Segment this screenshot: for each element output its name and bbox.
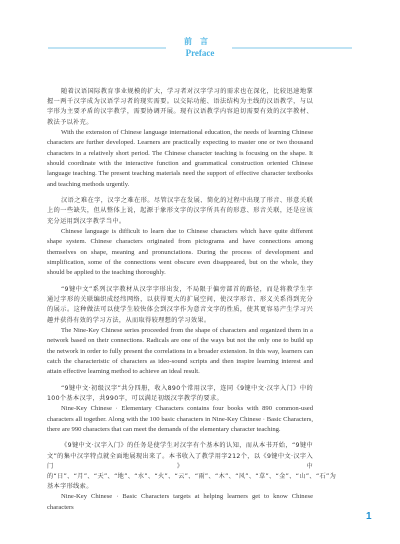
preface-header: 前言 Preface xyxy=(0,36,400,66)
page-title-chinese: 前言 xyxy=(0,36,400,47)
paragraph-cn-3: “9键中文”系列汉字教材从汉字字形出发，不局限于偏旁部首的路径，而是将教学生字通… xyxy=(47,285,313,326)
paragraph-en-2: Chinese language is difficult to learn d… xyxy=(47,227,313,279)
paragraph-cn-4: “9键中文·初级汉字”共分四册，收入890个常用汉字，连同《9键中文·汉字入门》… xyxy=(47,384,313,404)
paragraph-en-1: With the extension of Chinese language i… xyxy=(47,128,313,190)
page-title-english: Preface xyxy=(0,48,400,58)
preface-body: 随着汉语国际教育事业规模的扩大，学习者对汉字学习的需求也在深化，比较迅速地掌握一… xyxy=(47,87,313,513)
paragraph-cn-2: 汉语之难在字，汉字之难在形。尽管汉字在发展、简化的过程中出现了形音、形意关联上的… xyxy=(47,196,313,227)
paragraph-en-4: Nine-Key Chinese · Elementary Characters… xyxy=(47,404,313,435)
paragraph-en-3: The Nine-Key Chinese series proceeded fr… xyxy=(47,326,313,378)
page-number: 1 xyxy=(366,511,372,522)
paragraph-cn-1: 随着汉语国际教育事业规模的扩大，学习者对汉字学习的需求也在深化，比较迅速地掌握一… xyxy=(47,87,313,128)
paragraph-en-5: Nine-Key Chinese · Basic Characters targ… xyxy=(47,492,313,513)
paragraph-cn-5: 《9键中文·汉字入门》的任务是使学生对汉字有个基本的认知，而从本书开始，“9键中… xyxy=(47,441,313,492)
